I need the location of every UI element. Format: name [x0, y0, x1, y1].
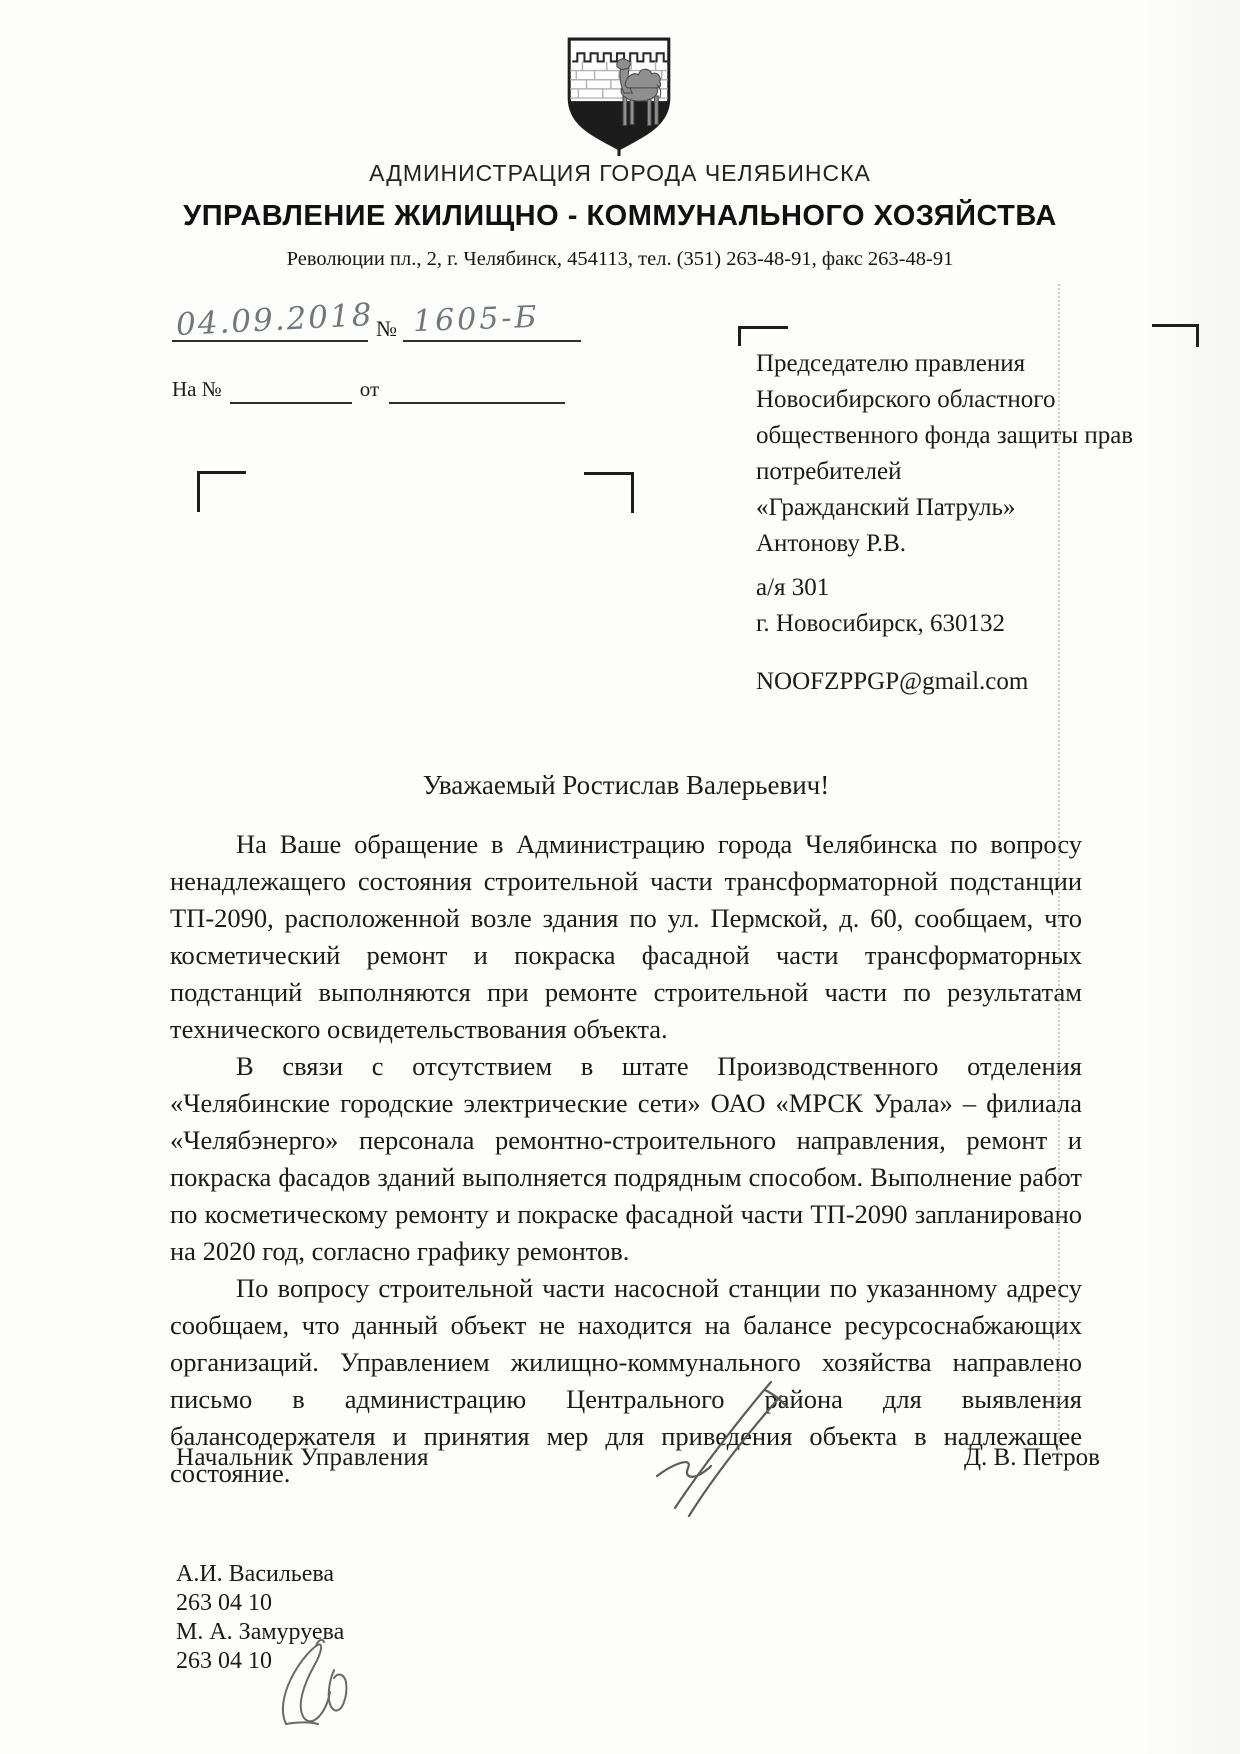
scanned-letter-page: АДМИНИСТРАЦИЯ ГОРОДА ЧЕЛЯБИНСКА УПРАВЛЕН… — [0, 0, 1240, 1754]
outgoing-ref-row: 04.09.2018 № 1605-Б — [172, 296, 642, 342]
signature-scribble-icon — [645, 1368, 815, 1526]
recipient-line: Председателю правления — [756, 346, 1156, 382]
recipient-line: Новосибирского областного — [756, 382, 1156, 418]
executor-name: А.И. Васильева — [176, 1560, 344, 1589]
coat-of-arms-icon — [562, 34, 676, 158]
body-paragraph: На Ваше обращение в Администрацию города… — [170, 826, 1082, 1048]
salutation: Уважаемый Ростислав Валерьевич! — [170, 770, 1082, 801]
recipient-block: Председателю правления Новосибирского об… — [756, 346, 1156, 700]
body-paragraph: В связи с отсутствием в штате Производст… — [170, 1048, 1082, 1270]
recipient-email: NOOFZPPGP@gmail.com — [756, 664, 1156, 700]
recipient-postal-line: а/я 301 — [756, 570, 1156, 606]
number-sign: № — [376, 316, 397, 342]
address-corner-mark-top-left — [197, 471, 246, 512]
contact-line: Революции пл., 2, г. Челябинск, 454113, … — [0, 248, 1240, 271]
administration-title: АДМИНИСТРАЦИЯ ГОРОДА ЧЕЛЯБИНСКА — [0, 160, 1240, 187]
recipient-corner-mark-top-right — [1152, 324, 1199, 347]
recipient-line: Антонову Р.В. — [756, 526, 1156, 562]
date-field-line: 04.09.2018 — [172, 294, 368, 342]
recipient-line: общественного фонда защиты прав — [756, 418, 1156, 454]
department-title: УПРАВЛЕНИЕ ЖИЛИЩНО - КОММУНАЛЬНОГО ХОЗЯЙ… — [0, 200, 1240, 233]
outgoing-number-handwritten: 1605-Б — [412, 300, 540, 339]
recipient-postal-line: г. Новосибирск, 630132 — [756, 606, 1156, 642]
reply-ref-row: На № от — [172, 364, 642, 404]
reply-number-field-line — [230, 362, 352, 404]
reply-date-field-line — [389, 362, 565, 404]
reference-block: 04.09.2018 № 1605-Б На № от — [172, 296, 642, 404]
signatory-position: Начальник Управления — [176, 1444, 429, 1472]
recipient-line: потребителей — [756, 454, 1156, 490]
letter-body: На Ваше обращение в Администрацию города… — [170, 826, 1082, 1492]
recipient-line: «Гражданский Патруль» — [756, 490, 1156, 526]
number-field-line: 1605-Б — [403, 294, 581, 342]
recipient-corner-mark-top-left — [738, 326, 788, 346]
reply-to-label: На № — [172, 377, 222, 404]
executor-signature-scribble-icon — [270, 1636, 362, 1744]
scan-fold-line — [1058, 284, 1060, 1454]
address-corner-mark-top-right — [584, 472, 634, 513]
signatory-name: Д. В. Петров — [964, 1444, 1100, 1472]
outgoing-date-handwritten: 04.09.2018 — [175, 297, 374, 343]
executor-phone: 263 04 10 — [176, 1589, 344, 1618]
reply-from-label: от — [360, 377, 379, 404]
